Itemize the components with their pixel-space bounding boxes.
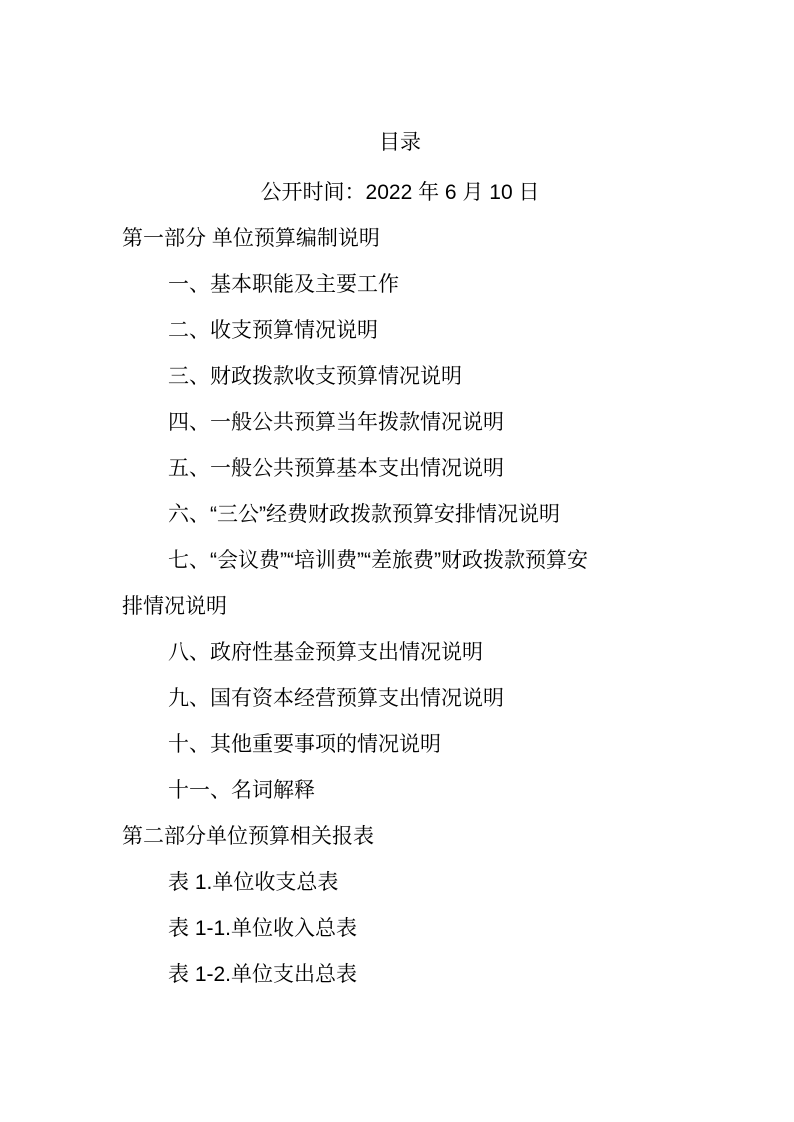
part1-item-3: 三、财政拨款收支预算情况说明 [122,354,678,400]
part1-heading: 第一部分 单位预算编制说明 [122,216,678,262]
part1-item-5: 五、一般公共预算基本支出情况说明 [122,446,678,492]
part1-item-7: 七、“会议费”“培训费”“差旅费”财政拨款预算安 [122,538,678,584]
part1-item-10: 十、其他重要事项的情况说明 [122,722,678,768]
part1-item-8: 八、政府性基金预算支出情况说明 [122,630,678,676]
part2-table-1: 表 1.单位收支总表 [122,860,678,906]
part1-item-4: 四、一般公共预算当年拨款情况说明 [122,400,678,446]
part1-item-7-continuation: 排情况说明 [122,584,678,630]
part1-item-2: 二、收支预算情况说明 [122,308,678,354]
part2-table-1-1: 表 1-1.单位收入总表 [122,906,678,952]
part1-item-11: 十一、名词解释 [122,768,678,814]
page-title: 目录 [122,120,678,166]
part1-item-1: 一、基本职能及主要工作 [122,262,678,308]
part1-item-9: 九、国有资本经营预算支出情况说明 [122,676,678,722]
part2-heading: 第二部分单位预算相关报表 [122,814,678,860]
toc-page: 目录 公开时间：2022 年 6 月 10 日 第一部分 单位预算编制说明 一、… [0,0,794,1122]
publish-time: 公开时间：2022 年 6 月 10 日 [122,170,678,216]
part1-item-6: 六、“三公”经费财政拨款预算安排情况说明 [122,492,678,538]
part2-table-1-2: 表 1-2.单位支出总表 [122,952,678,998]
